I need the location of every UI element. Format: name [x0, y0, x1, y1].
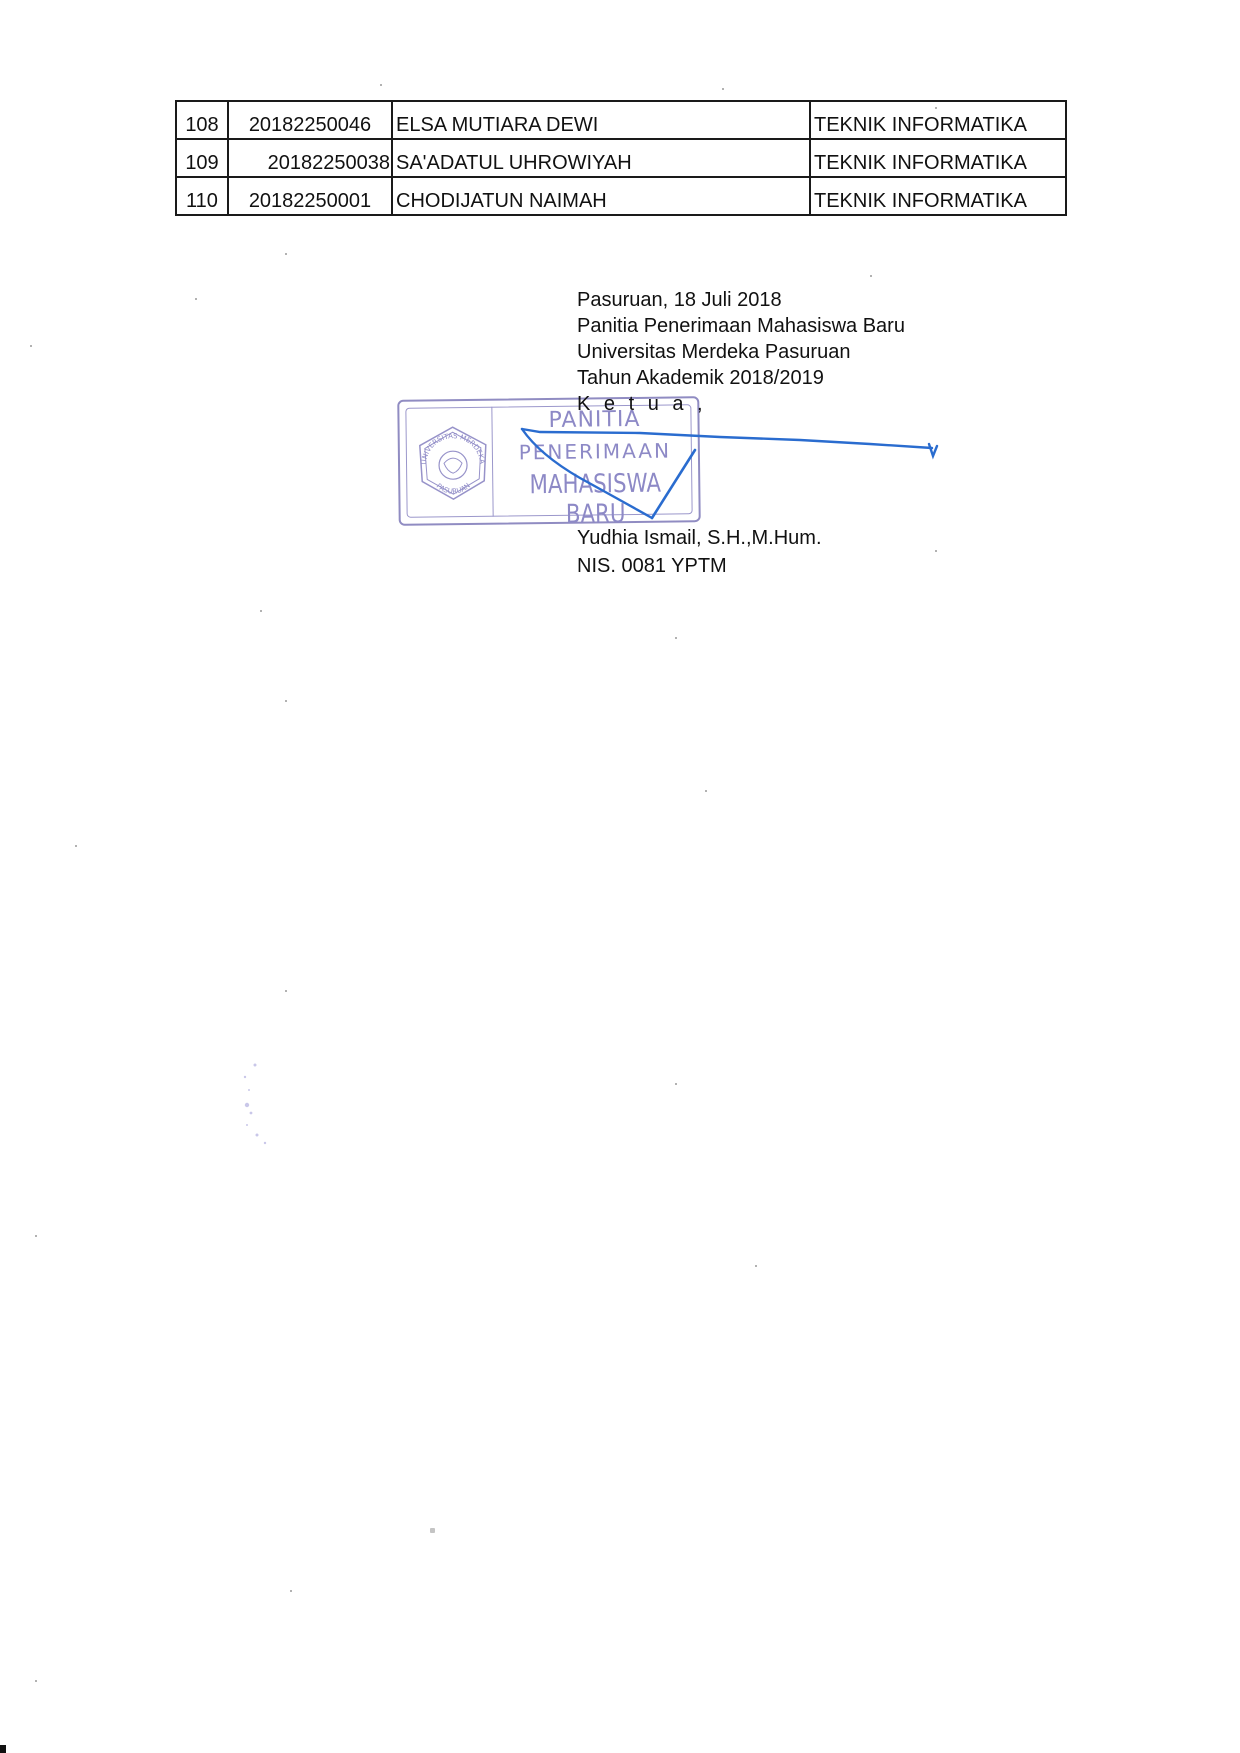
student-id: 20182250038 — [228, 139, 392, 177]
scan-speck — [675, 637, 677, 639]
signature-block: Pasuruan, 18 Juli 2018 Panitia Penerimaa… — [577, 287, 905, 417]
row-number: 108 — [176, 101, 228, 139]
committee-name: Panitia Penerimaan Mahasiswa Baru — [577, 313, 905, 339]
scan-speck — [285, 253, 287, 255]
scan-speck — [290, 1590, 292, 1592]
scan-speck — [285, 990, 287, 992]
signer-name: Yudhia Ismail, S.H.,M.Hum. — [577, 524, 822, 552]
table-row: 109 20182250038 SA'ADATUL UHROWIYAH TEKN… — [176, 139, 1066, 177]
signer-role: K e t u a , — [577, 391, 905, 417]
scan-speck — [285, 700, 287, 702]
scan-speck — [35, 1235, 37, 1237]
row-number: 109 — [176, 139, 228, 177]
scan-speck — [935, 107, 937, 109]
scan-speck — [755, 1265, 757, 1267]
academic-year: Tahun Akademik 2018/2019 — [577, 365, 905, 391]
signer-id: NIS. 0081 YPTM — [577, 552, 822, 580]
scan-speck — [35, 1680, 37, 1682]
seal-top-text: UNIVERSITAS MERDEKA — [420, 432, 487, 466]
table-row: 108 20182250046 ELSA MUTIARA DEWI TEKNIK… — [176, 101, 1066, 139]
scan-speck — [705, 790, 707, 792]
study-program: TEKNIK INFORMATIKA — [810, 177, 1066, 215]
student-list-table: 108 20182250046 ELSA MUTIARA DEWI TEKNIK… — [175, 100, 1067, 216]
scan-speck — [675, 1083, 677, 1085]
scan-speck — [870, 275, 872, 277]
student-id: 20182250001 — [228, 177, 392, 215]
student-name: ELSA MUTIARA DEWI — [392, 101, 810, 139]
signer-block: Yudhia Ismail, S.H.,M.Hum. NIS. 0081 YPT… — [577, 524, 822, 580]
place-date: Pasuruan, 18 Juli 2018 — [577, 287, 905, 313]
document-page: 108 20182250046 ELSA MUTIARA DEWI TEKNIK… — [0, 0, 1240, 1753]
svg-text:PASURUAN: PASURUAN — [435, 482, 472, 496]
scan-speck — [430, 1528, 435, 1533]
study-program: TEKNIK INFORMATIKA — [810, 139, 1066, 177]
student-id: 20182250046 — [228, 101, 392, 139]
scan-speck — [380, 84, 382, 86]
stamp-line-2: PENERIMAAN — [496, 438, 694, 464]
study-program: TEKNIK INFORMATIKA — [810, 101, 1066, 139]
student-name: SA'ADATUL UHROWIYAH — [392, 139, 810, 177]
student-name: CHODIJATUN NAIMAH — [392, 177, 810, 215]
scan-speck — [195, 298, 197, 300]
row-number: 110 — [176, 177, 228, 215]
seal-bottom-text: PASURUAN — [435, 482, 472, 496]
stamp-line-3: MAHASISWA BARU — [514, 468, 677, 530]
scan-speck — [935, 550, 937, 552]
svg-text:UNIVERSITAS MERDEKA: UNIVERSITAS MERDEKA — [420, 432, 487, 466]
scan-edge-mark — [0, 1745, 6, 1753]
table-row: 110 20182250001 CHODIJATUN NAIMAH TEKNIK… — [176, 177, 1066, 215]
handwritten-signature — [0, 0, 1240, 1753]
ink-smudge — [235, 1055, 275, 1150]
institution-name: Universitas Merdeka Pasuruan — [577, 339, 905, 365]
scan-speck — [722, 88, 724, 90]
university-seal-icon: UNIVERSITAS MERDEKA PASURUAN — [414, 423, 493, 504]
scan-speck — [260, 610, 262, 612]
scan-speck — [30, 345, 32, 347]
scan-speck — [75, 845, 77, 847]
